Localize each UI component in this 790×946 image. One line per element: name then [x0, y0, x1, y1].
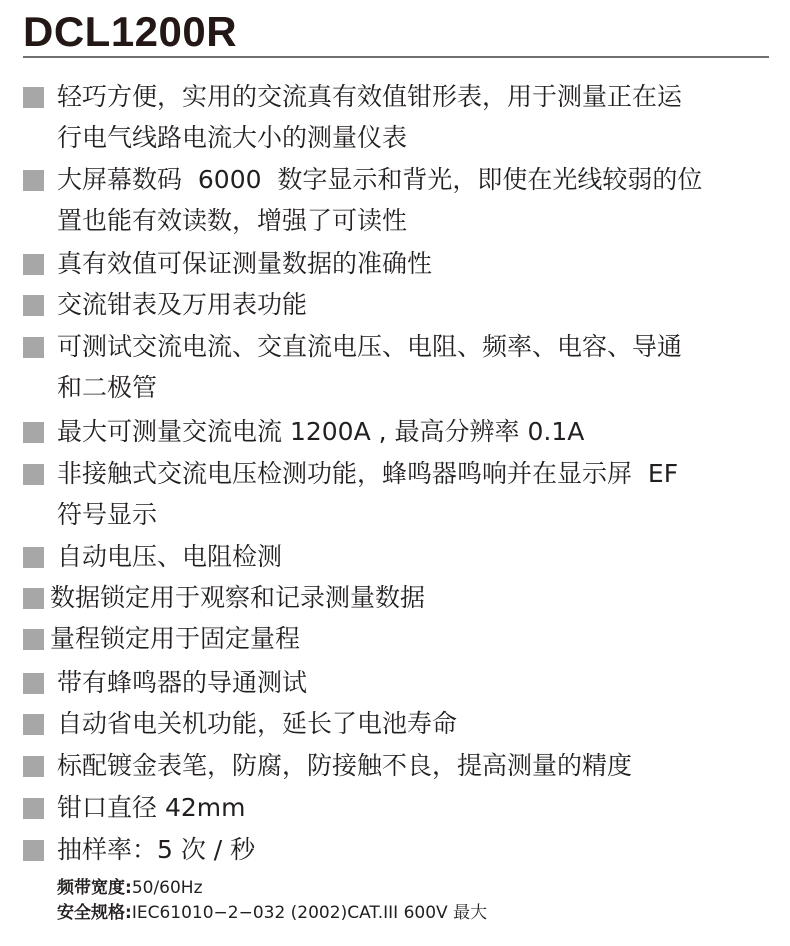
feature-line: 非接触式交流电压检测功能，蜂鸣器鸣响并在显示屏 EF	[23, 453, 773, 494]
spec-label: 频带宽度:	[57, 878, 132, 898]
feature-line: 符号显示	[23, 494, 773, 535]
square-bullet-icon	[23, 170, 44, 191]
feature-line: 可测试交流电流、交直流电压、电阻、频率、电容、导通	[23, 326, 773, 367]
square-bullet-icon	[23, 714, 44, 735]
spec-value: 50/60Hz	[132, 878, 203, 898]
feature-line: 量程锁定用于固定量程	[23, 618, 773, 659]
feature-line: 自动电压、电阻检测	[23, 536, 773, 577]
feature-line: 钳口直径 42mm	[23, 787, 773, 828]
spec-safety: 安全规格:IEC61010−2−032 (2002)CAT.III 600V 最…	[57, 901, 487, 926]
square-bullet-icon	[23, 254, 44, 275]
square-bullet-icon	[23, 840, 44, 861]
square-bullet-icon	[23, 756, 44, 777]
feature-line: 真有效值可保证测量数据的准确性	[23, 243, 773, 284]
feature-item: 可测试交流电流、交直流电压、电阻、频率、电容、导通 和二极管	[23, 326, 773, 408]
square-bullet-icon	[23, 464, 44, 485]
spec-label: 安全规格:	[57, 903, 132, 923]
spec-value: IEC61010−2−032 (2002)CAT.III 600V 最大	[132, 903, 487, 923]
feature-item: 标配镀金表笔，防腐，防接触不良，提高测量的精度	[23, 745, 773, 786]
feature-line: 和二极管	[23, 367, 773, 408]
feature-item: 最大可测量交流电流 1200A , 最高分辨率 0.1A	[23, 411, 773, 452]
feature-line: 最大可测量交流电流 1200A , 最高分辨率 0.1A	[23, 411, 773, 452]
feature-item: 轻巧方便，实用的交流真有效值钳形表，用于测量正在运 行电气线路电流大小的测量仪表	[23, 76, 773, 158]
feature-line: 置也能有效读数，增强了可读性	[23, 200, 773, 241]
square-bullet-icon	[23, 588, 44, 609]
feature-line: 数据锁定用于观察和记录测量数据	[23, 577, 773, 618]
feature-line: 大屏幕数码 6000 数字显示和背光，即使在光线较弱的位	[23, 159, 773, 200]
feature-line: 行电气线路电流大小的测量仪表	[23, 117, 773, 158]
square-bullet-icon	[23, 629, 44, 650]
feature-line: 带有蜂鸣器的导通测试	[23, 662, 773, 703]
feature-line: 标配镀金表笔，防腐，防接触不良，提高测量的精度	[23, 745, 773, 786]
feature-item: 钳口直径 42mm	[23, 787, 773, 828]
feature-line: 交流钳表及万用表功能	[23, 284, 773, 325]
square-bullet-icon	[23, 673, 44, 694]
feature-line: 自动省电关机功能，延长了电池寿命	[23, 703, 773, 744]
square-bullet-icon	[23, 87, 44, 108]
feature-line: 轻巧方便，实用的交流真有效值钳形表，用于测量正在运	[23, 76, 773, 117]
spec-block: 频带宽度:50/60Hz 安全规格:IEC61010−2−032 (2002)C…	[57, 876, 487, 926]
square-bullet-icon	[23, 337, 44, 358]
title-divider	[23, 56, 769, 58]
feature-item: 大屏幕数码 6000 数字显示和背光，即使在光线较弱的位 置也能有效读数，增强了…	[23, 159, 773, 241]
feature-item: 非接触式交流电压检测功能，蜂鸣器鸣响并在显示屏 EF 符号显示	[23, 453, 773, 535]
square-bullet-icon	[23, 798, 44, 819]
product-title: DCL1200R	[23, 7, 237, 57]
feature-item: 数据锁定用于观察和记录测量数据	[23, 577, 773, 618]
feature-item: 真有效值可保证测量数据的准确性	[23, 243, 773, 284]
feature-item: 抽样率：5 次 / 秒	[23, 829, 773, 870]
feature-item: 自动电压、电阻检测	[23, 536, 773, 577]
feature-line: 抽样率：5 次 / 秒	[23, 829, 773, 870]
spec-bandwidth: 频带宽度:50/60Hz	[57, 876, 487, 901]
feature-item: 量程锁定用于固定量程	[23, 618, 773, 659]
square-bullet-icon	[23, 295, 44, 316]
square-bullet-icon	[23, 422, 44, 443]
square-bullet-icon	[23, 547, 44, 568]
feature-item: 自动省电关机功能，延长了电池寿命	[23, 703, 773, 744]
feature-item: 带有蜂鸣器的导通测试	[23, 662, 773, 703]
feature-item: 交流钳表及万用表功能	[23, 284, 773, 325]
